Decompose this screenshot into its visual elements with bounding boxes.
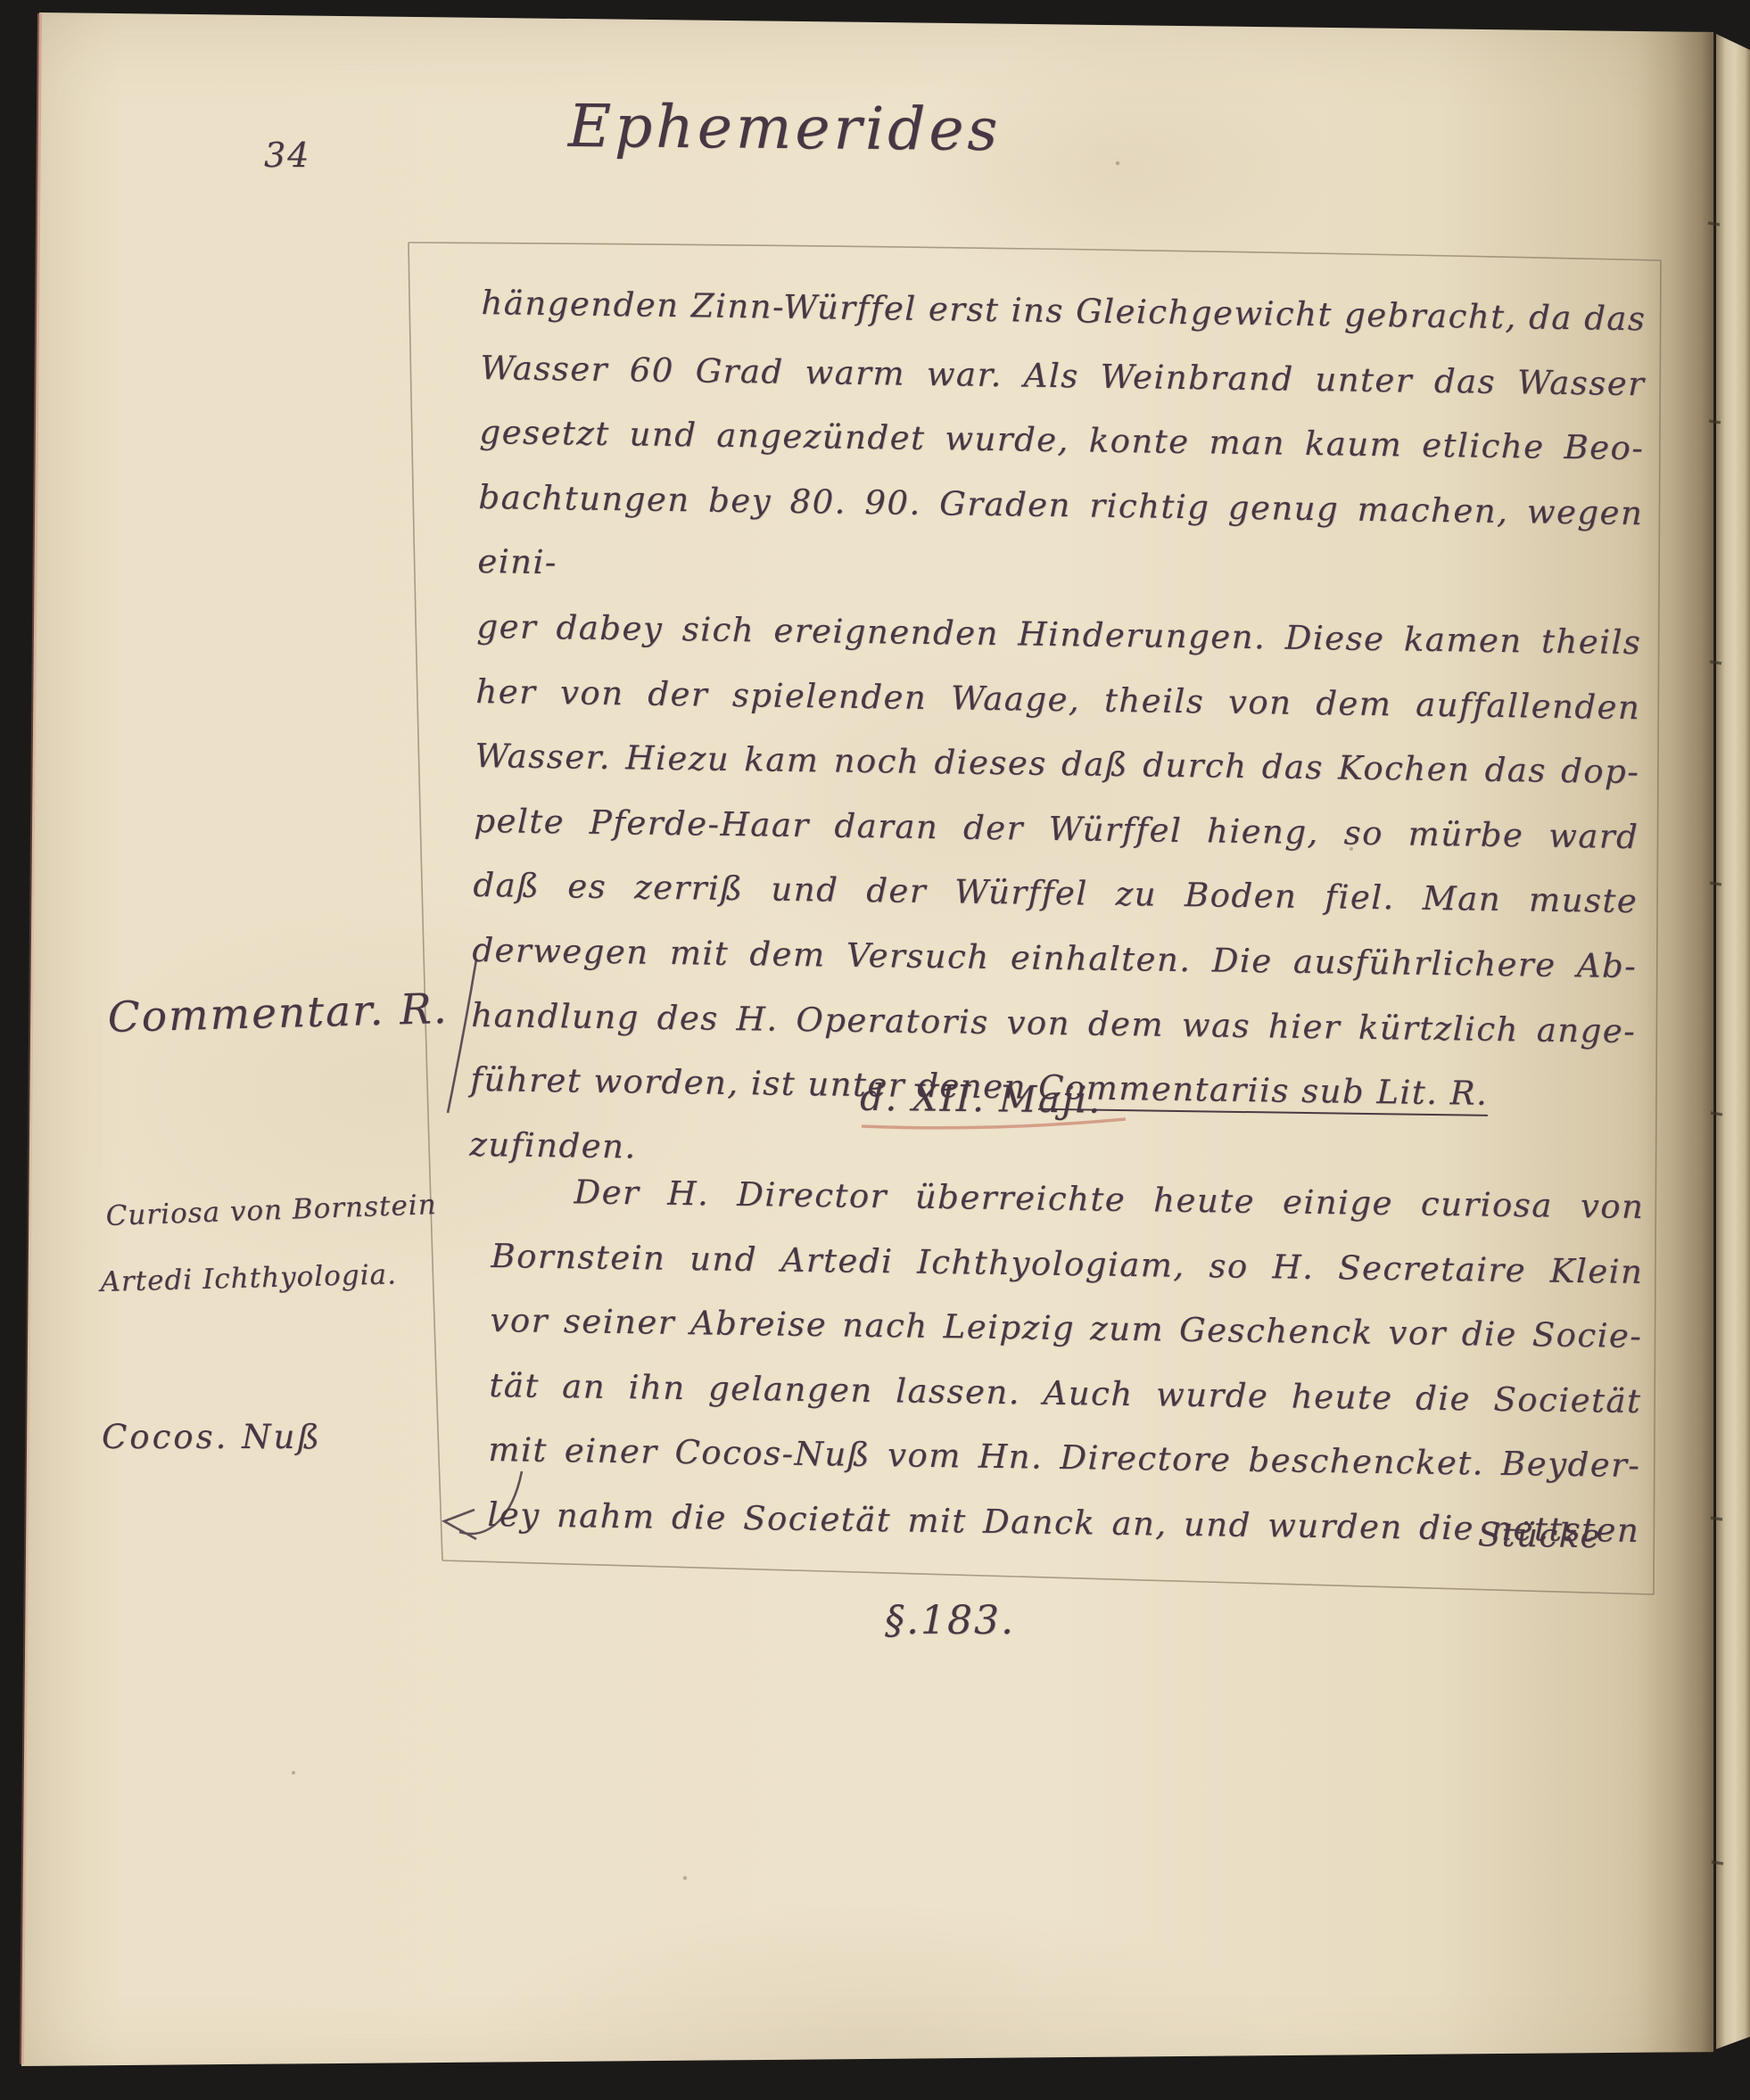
- paragraph-2: Der H. Director überreichte heute einige…: [487, 1159, 1645, 1564]
- page-number: 34: [264, 136, 310, 175]
- margin-note-commentar: Commentar. R.: [107, 984, 449, 1042]
- section-mark: §.183.: [847, 1598, 1052, 1643]
- paragraph-1: hängenden Zinn-Würffel erst ins Gleichge…: [469, 271, 1647, 1193]
- text-line: bachtungen bey 80. 90. Graden richtig ge…: [477, 465, 1644, 611]
- adjacent-page-edge: [1716, 34, 1750, 2049]
- date-heading: d. XII. Maji.: [793, 1075, 1168, 1122]
- margin-note-cocos: Cocos. Nuß: [102, 1418, 322, 1456]
- page-title: Ephemerides: [481, 91, 1088, 165]
- manuscript-scan: 34 Ephemerides hängenden Zinn-Würffel er…: [0, 0, 1750, 2100]
- book-gutter-shadow: [1639, 32, 1714, 2053]
- catchword: Stücke: [1436, 1515, 1602, 1556]
